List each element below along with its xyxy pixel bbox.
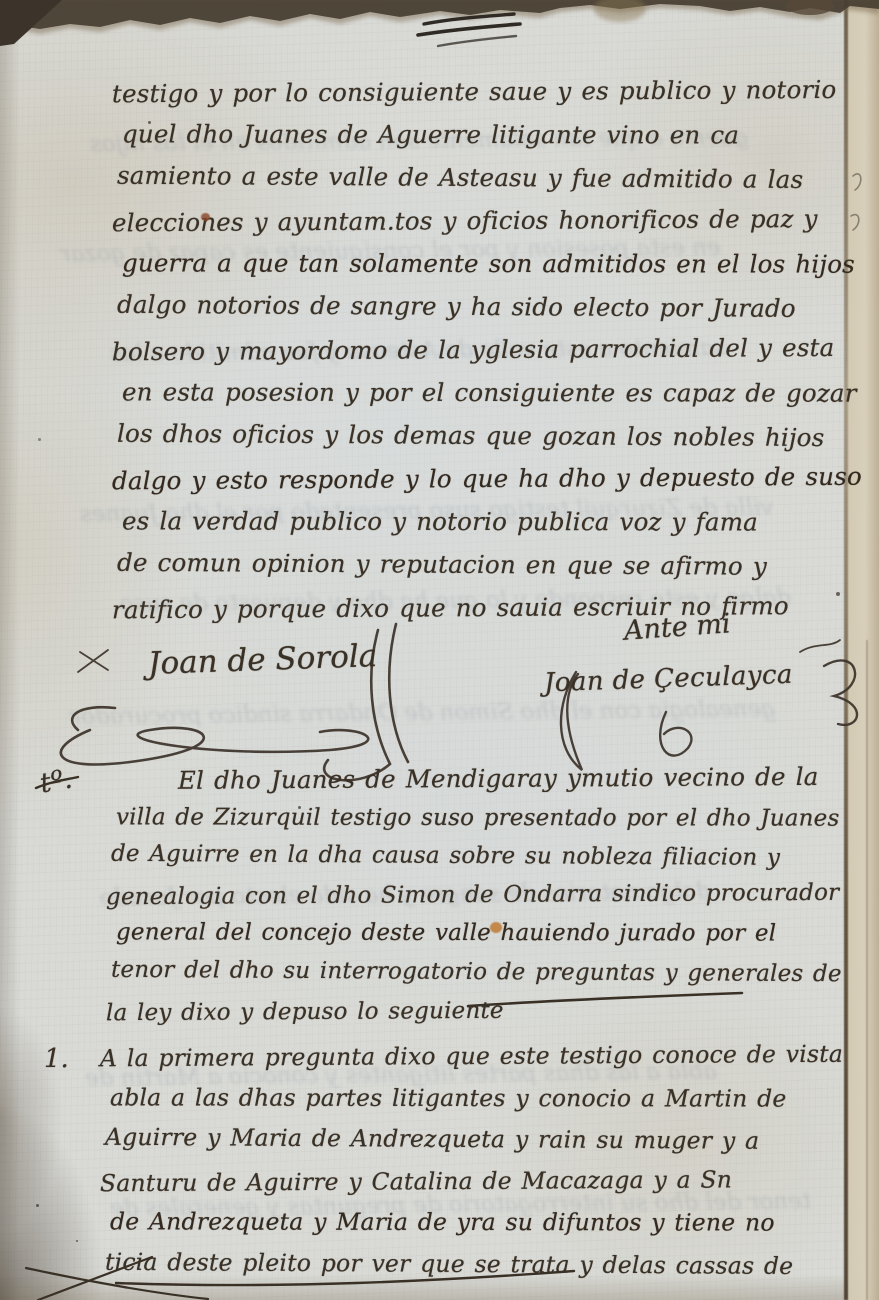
bottom-corner-flourish [26,1257,208,1300]
ink-speck [38,438,41,441]
triple-stroke-mark [424,14,514,24]
ink-speck [36,1204,39,1207]
ink-speck [298,806,301,809]
manuscript-page: guerra a que tan solamente son admitidos… [0,0,879,1300]
paragraph-end-rule [468,993,742,1006]
ink-speck [148,121,151,124]
bottom-rule [116,1271,574,1285]
ink-speck [836,592,840,596]
pen-strokes-overlay [0,0,879,1300]
margin-mark-cross-stroke [36,777,78,788]
edge-marks [851,174,861,230]
ink-speck [76,1240,78,1242]
